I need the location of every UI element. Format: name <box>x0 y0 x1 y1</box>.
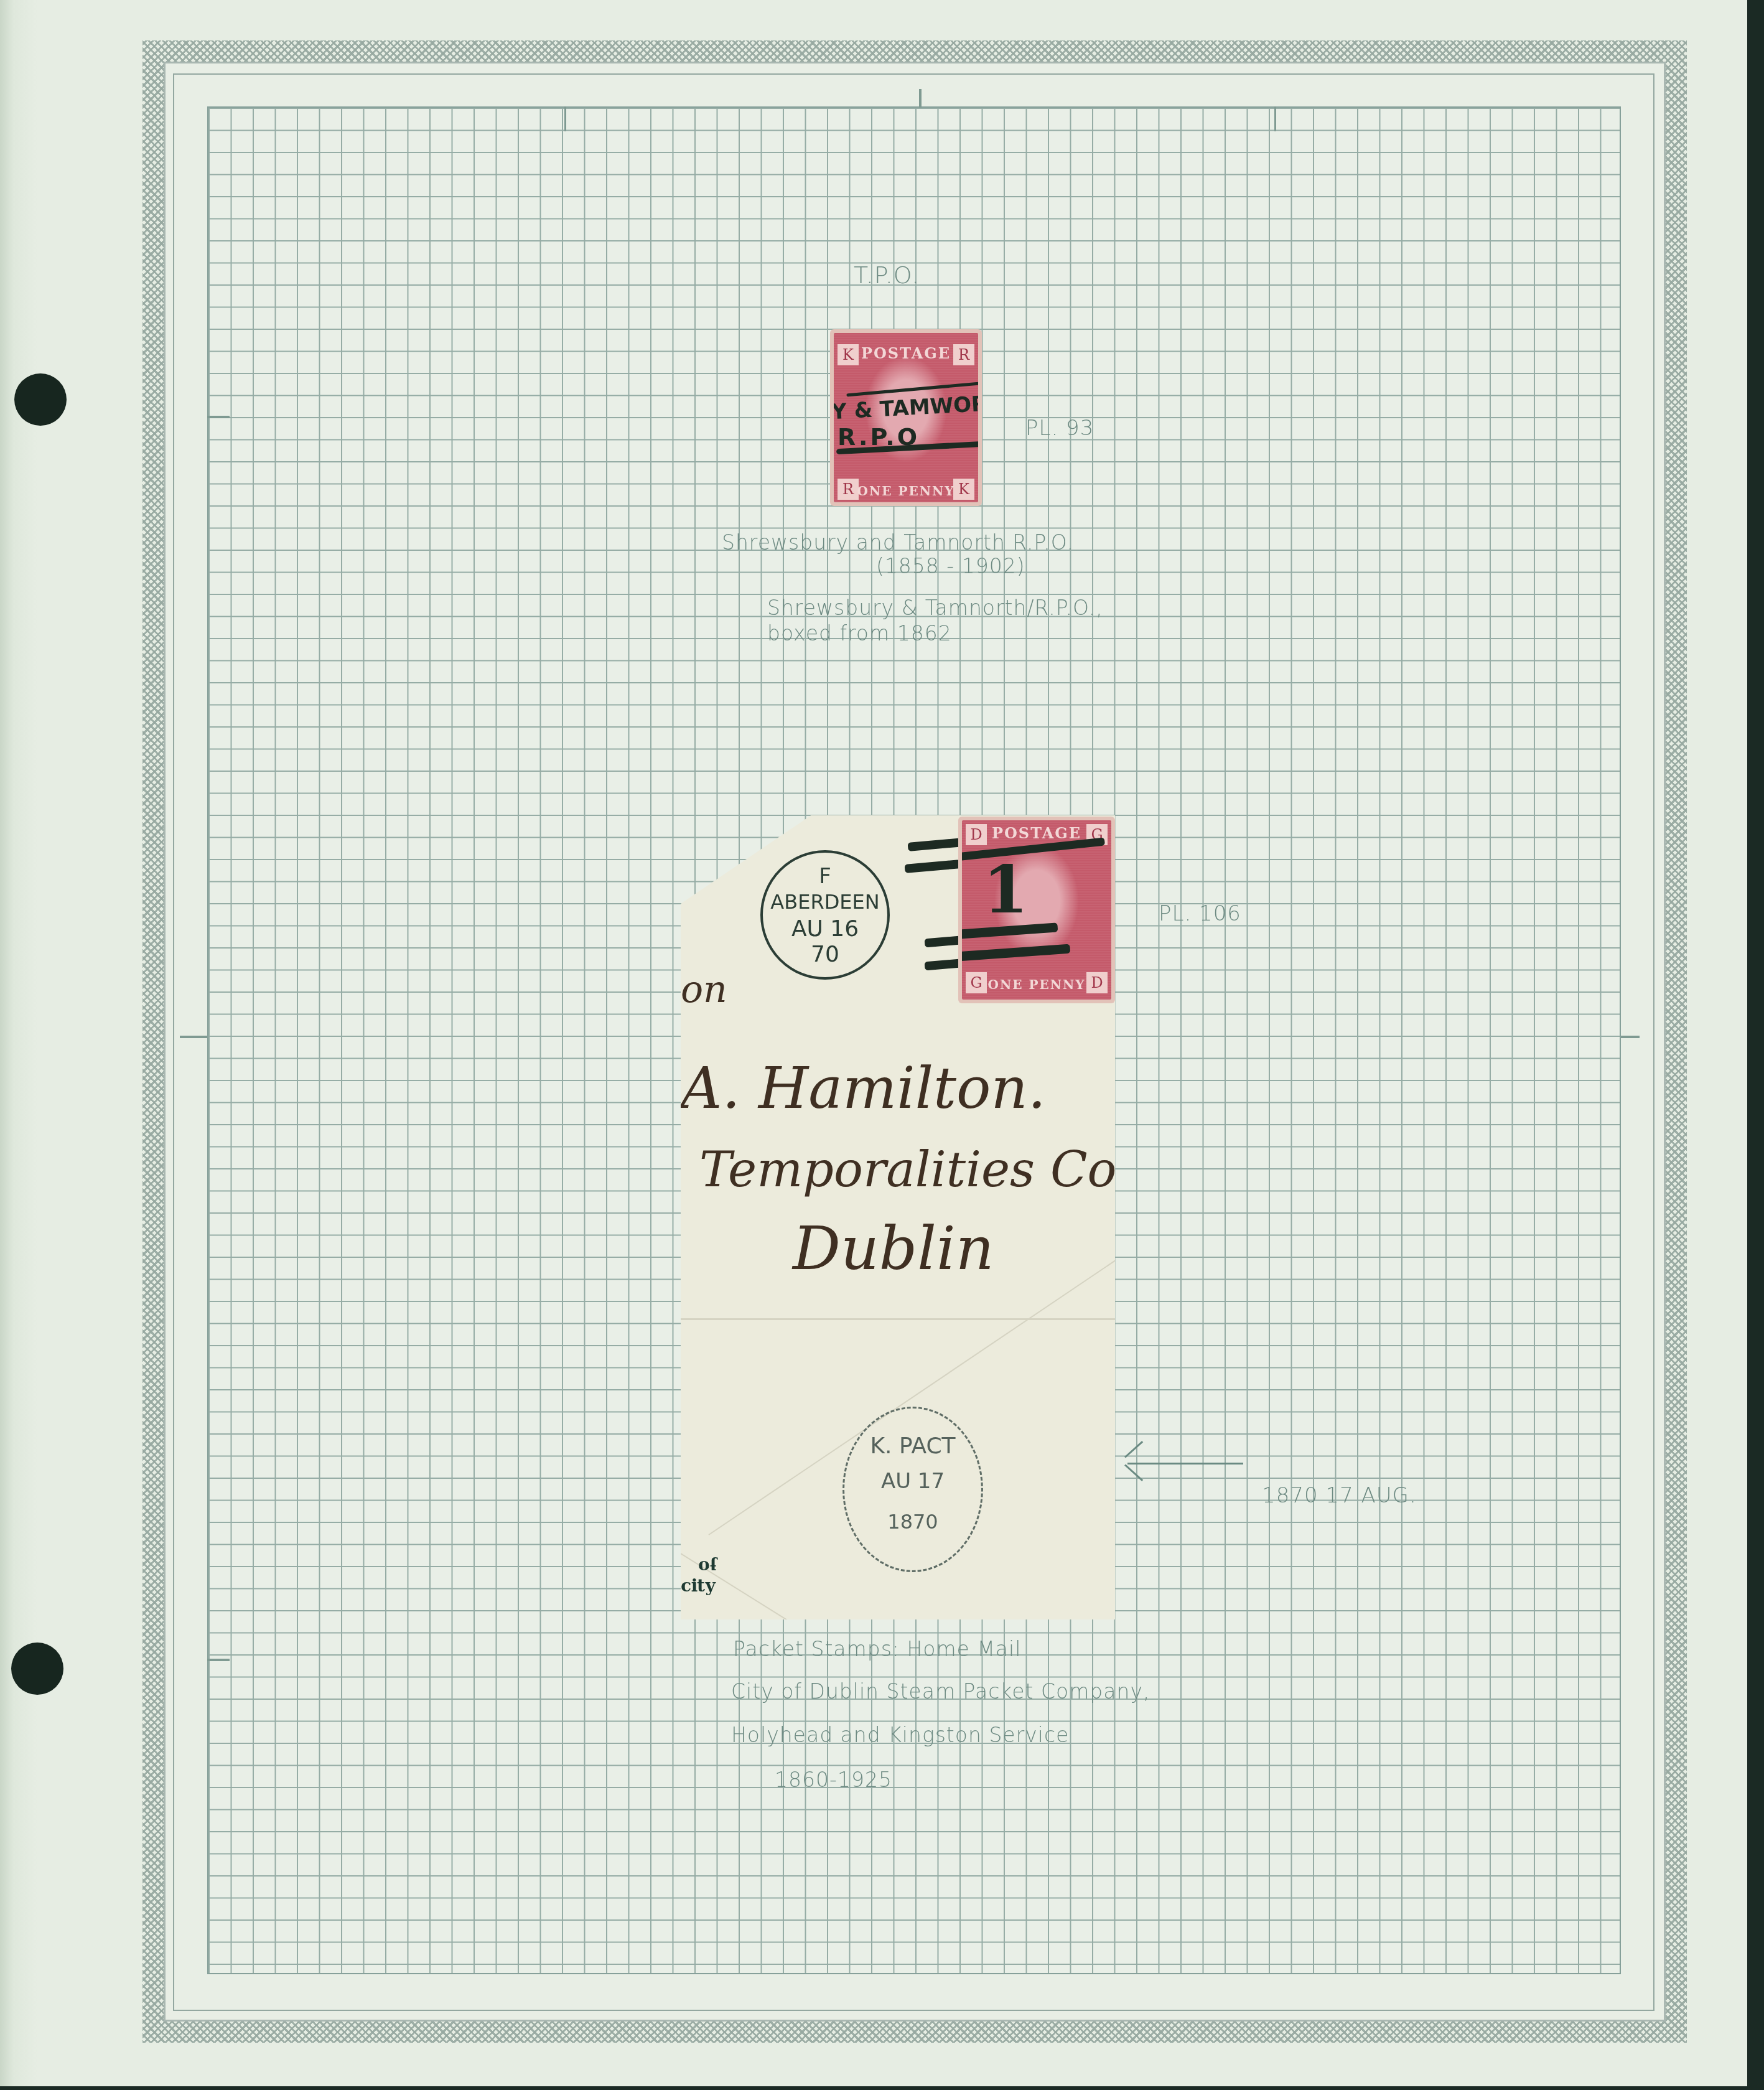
stamp-label-bottom: ONE PENNY <box>834 484 978 499</box>
printed-text-fragment: ʎʇᴉɔɟo <box>681 1556 717 1598</box>
scan-edge-bottom <box>0 2086 1764 2090</box>
left-arrow-icon <box>1127 1463 1243 1464</box>
tick-left-middle <box>180 1036 207 1038</box>
backstamp-year: 1870 <box>844 1510 981 1534</box>
caption-2-line1: Packet Stamps: Home Mail <box>733 1637 1021 1661</box>
address-fragment: on <box>681 968 727 1011</box>
numeral-cancel: 1 <box>983 851 1028 928</box>
caption-1-line2: (1858 - 1902) <box>876 554 1025 578</box>
tick-top-left <box>564 106 566 131</box>
caption-2-line3: Holyhead and Kingston Service <box>731 1723 1069 1747</box>
stamp-penny-red-pl93: K R R K POSTAGE ONE PENNY Y & TAMWORT R.… <box>834 333 978 502</box>
postmark-year: 70 <box>763 942 887 967</box>
duplex-bar <box>905 860 961 873</box>
postmark-town: ABERDEEN <box>763 890 887 914</box>
section-title: T.P.O. <box>854 261 920 289</box>
plate-note-106: PL. 106 <box>1159 901 1241 926</box>
caption-1-line4: boxed from 1862 <box>767 621 952 645</box>
address-line-city: Dublin <box>793 1214 994 1283</box>
tick-right-middle <box>1621 1036 1640 1038</box>
backstamp-title: K. PACT <box>844 1433 981 1459</box>
tick-top-right <box>1274 106 1276 131</box>
caption-1-line1: Shrewsbury and Tamnorth R.P.O. <box>722 530 1074 555</box>
caption-2-line4: 1860-1925 <box>775 1768 892 1792</box>
caption-1-line3: Shrewsbury & Tamnorth/R.P.O., <box>767 596 1103 620</box>
postmark-aberdeen: F ABERDEEN AU 16 70 <box>760 850 890 980</box>
address-line-name: A. Hamilton. <box>681 1055 1046 1122</box>
caption-2-line2: City of Dublin Steam Packet Company, <box>731 1679 1150 1703</box>
tick-left-upper <box>207 416 230 418</box>
tick-top <box>919 89 922 108</box>
postmark-packet-backstamp: K. PACT AU 17 1870 <box>842 1407 983 1572</box>
postmark-code: F <box>763 864 887 889</box>
fold-line <box>681 1318 1115 1320</box>
stamp-penny-red-pl106: D G G D POSTAGE ONE PENNY 1 <box>962 820 1111 1000</box>
punch-hole-bottom <box>11 1642 63 1695</box>
stamp-label-bottom: ONE PENNY <box>962 977 1111 992</box>
plate-note-93: PL. 93 <box>1025 416 1094 441</box>
tick-left-lower <box>207 1659 230 1661</box>
backstamp-date-note: 1870 17 AUG. <box>1262 1483 1417 1508</box>
duplex-bar <box>908 838 964 851</box>
punch-hole-top <box>14 373 67 426</box>
scan-edge-right <box>1747 0 1764 2090</box>
duplex-bar <box>962 944 1070 962</box>
backstamp-date: AU 17 <box>844 1469 981 1494</box>
postmark-date: AU 16 <box>763 916 887 942</box>
stamp-label-top: POSTAGE <box>834 344 978 362</box>
